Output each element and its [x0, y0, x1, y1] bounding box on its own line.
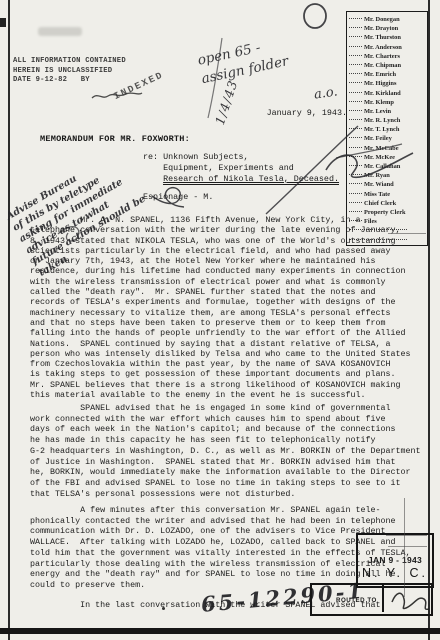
routed-to-label: ROUTED TO	[336, 597, 377, 604]
routing-row: Mr. T. Lynch	[349, 125, 425, 134]
leader-dots	[349, 156, 362, 157]
re-subject-underlined: Research of Nikola Tesla, Deceased.	[163, 174, 339, 185]
leader-dots	[349, 36, 362, 37]
routing-row: Mr. Thurston	[349, 33, 425, 42]
routing-name: Mr. Charters	[364, 53, 400, 60]
routing-row: Mr. McCabe	[349, 144, 425, 153]
routing-name: Mr. Anderson	[364, 44, 402, 51]
routing-row: Mr. Levin	[349, 107, 425, 116]
routing-row: Mr. Higgins	[349, 79, 425, 88]
routing-name: Mr. Kirkland	[364, 90, 401, 97]
pencil-underline	[388, 546, 427, 547]
routing-name: Mr. Higgins	[364, 80, 396, 87]
routing-name: Mr. Donegan	[364, 16, 400, 23]
routing-row: Mr. Callahan	[349, 162, 425, 171]
leader-dots	[349, 110, 362, 111]
leader-dots	[349, 64, 362, 65]
leader-dots	[349, 211, 362, 212]
pencil-vertical-line	[404, 498, 405, 597]
routing-row: Mr. Feiley	[349, 134, 425, 143]
scan-edge-left	[8, 0, 10, 640]
leader-dots	[349, 82, 362, 83]
routing-row: Chief Clerk	[349, 199, 425, 208]
leader-dots	[349, 183, 362, 184]
routing-row: Mr. Wiand	[349, 180, 425, 189]
leader-dots	[349, 27, 362, 28]
routing-name: Mr. McKee	[364, 154, 395, 161]
leader-dots	[349, 202, 362, 203]
routing-row: Mr. Emrich	[349, 70, 425, 79]
routing-row: Mr. Charters	[349, 52, 425, 61]
leader-dots	[349, 147, 362, 148]
routing-list: Mr. Donegan Mr. Drayton Mr. Thurston Mr.…	[347, 12, 427, 245]
routing-name: Mr. Levin	[364, 108, 391, 115]
leader-dots	[349, 73, 362, 74]
routing-name: Chief Clerk	[364, 200, 396, 207]
handwritten-top-note: open 65 - assign folder	[196, 34, 290, 90]
routing-row: Miss Tate	[349, 190, 425, 199]
circle-scribble	[304, 4, 326, 28]
routing-name: Mr. Emrich	[364, 71, 396, 78]
routing-name: Mr. Feiley	[364, 135, 392, 142]
routing-row: Mr. R. Lynch	[349, 116, 425, 125]
leader-dots	[349, 137, 362, 138]
pencil-underline	[388, 233, 426, 234]
routing-name: Miss Tate	[364, 191, 390, 198]
memo-heading: MEMORANDUM FOR MR. FOXWORTH:	[40, 134, 190, 144]
routing-row: Mr. Donegan	[349, 15, 425, 24]
routing-list-box: Mr. Donegan Mr. Drayton Mr. Thurston Mr.…	[346, 11, 428, 246]
received-stamp-box: JAN 9 - 1943 N. Y. C.	[356, 533, 434, 588]
routing-name: Mr. Chipman	[364, 62, 401, 69]
leader-dots	[349, 128, 362, 129]
routing-name: Mr. Ryan	[364, 172, 390, 179]
routing-name: Mr. Thurston	[364, 34, 401, 41]
routing-row: Mr. Chipman	[349, 61, 425, 70]
leader-dots	[349, 101, 362, 102]
routing-name: Mr. R. Lynch	[364, 117, 400, 124]
routing-row: Mr. Kirkland	[349, 89, 425, 98]
routing-name: Mr. Callahan	[364, 163, 400, 170]
leader-dots	[349, 92, 362, 93]
body-paragraph-1: Mr. A. N. SPANEL, 1136 Fifth Avenue, New…	[30, 215, 425, 400]
scanned-memo-page: Mr. Donegan Mr. Drayton Mr. Thurston Mr.…	[0, 0, 440, 640]
routing-name: Mr. McCabe	[364, 145, 399, 152]
leader-dots	[349, 119, 362, 120]
routing-row: Mr. Anderson	[349, 43, 425, 52]
routing-name: Mr. Drayton	[364, 25, 398, 32]
scan-edge-bottom	[0, 628, 440, 634]
routing-row: Mr. Klemp	[349, 98, 425, 107]
routing-row: Mr. Drayton	[349, 24, 425, 33]
scan-edge-mark	[0, 18, 6, 27]
handwritten-initials: a.o.	[313, 84, 338, 102]
body-paragraph-2: SPANEL advised that he is engaged in som…	[30, 403, 425, 499]
leader-dots	[349, 18, 362, 19]
routing-row: Mr. Ryan	[349, 171, 425, 180]
leader-dots	[349, 46, 362, 47]
ink-smudge	[38, 27, 82, 36]
memo-date: January 9, 1943.	[235, 108, 347, 118]
received-stamp-city: N. Y. C.	[358, 566, 432, 580]
leader-dots	[349, 193, 362, 194]
routing-name: Mr. Klemp	[364, 99, 394, 106]
received-stamp-date: JAN 9 - 1943	[358, 555, 432, 565]
leader-dots	[349, 174, 362, 175]
routing-name: Mr. T. Lynch	[364, 126, 399, 133]
leader-dots	[349, 55, 362, 56]
leader-dots	[349, 165, 362, 166]
routed-to-divider	[382, 583, 384, 612]
routing-row: Mr. McKee	[349, 153, 425, 162]
pencil-underline	[386, 535, 427, 536]
routing-name: Mr. Wiand	[364, 181, 394, 188]
